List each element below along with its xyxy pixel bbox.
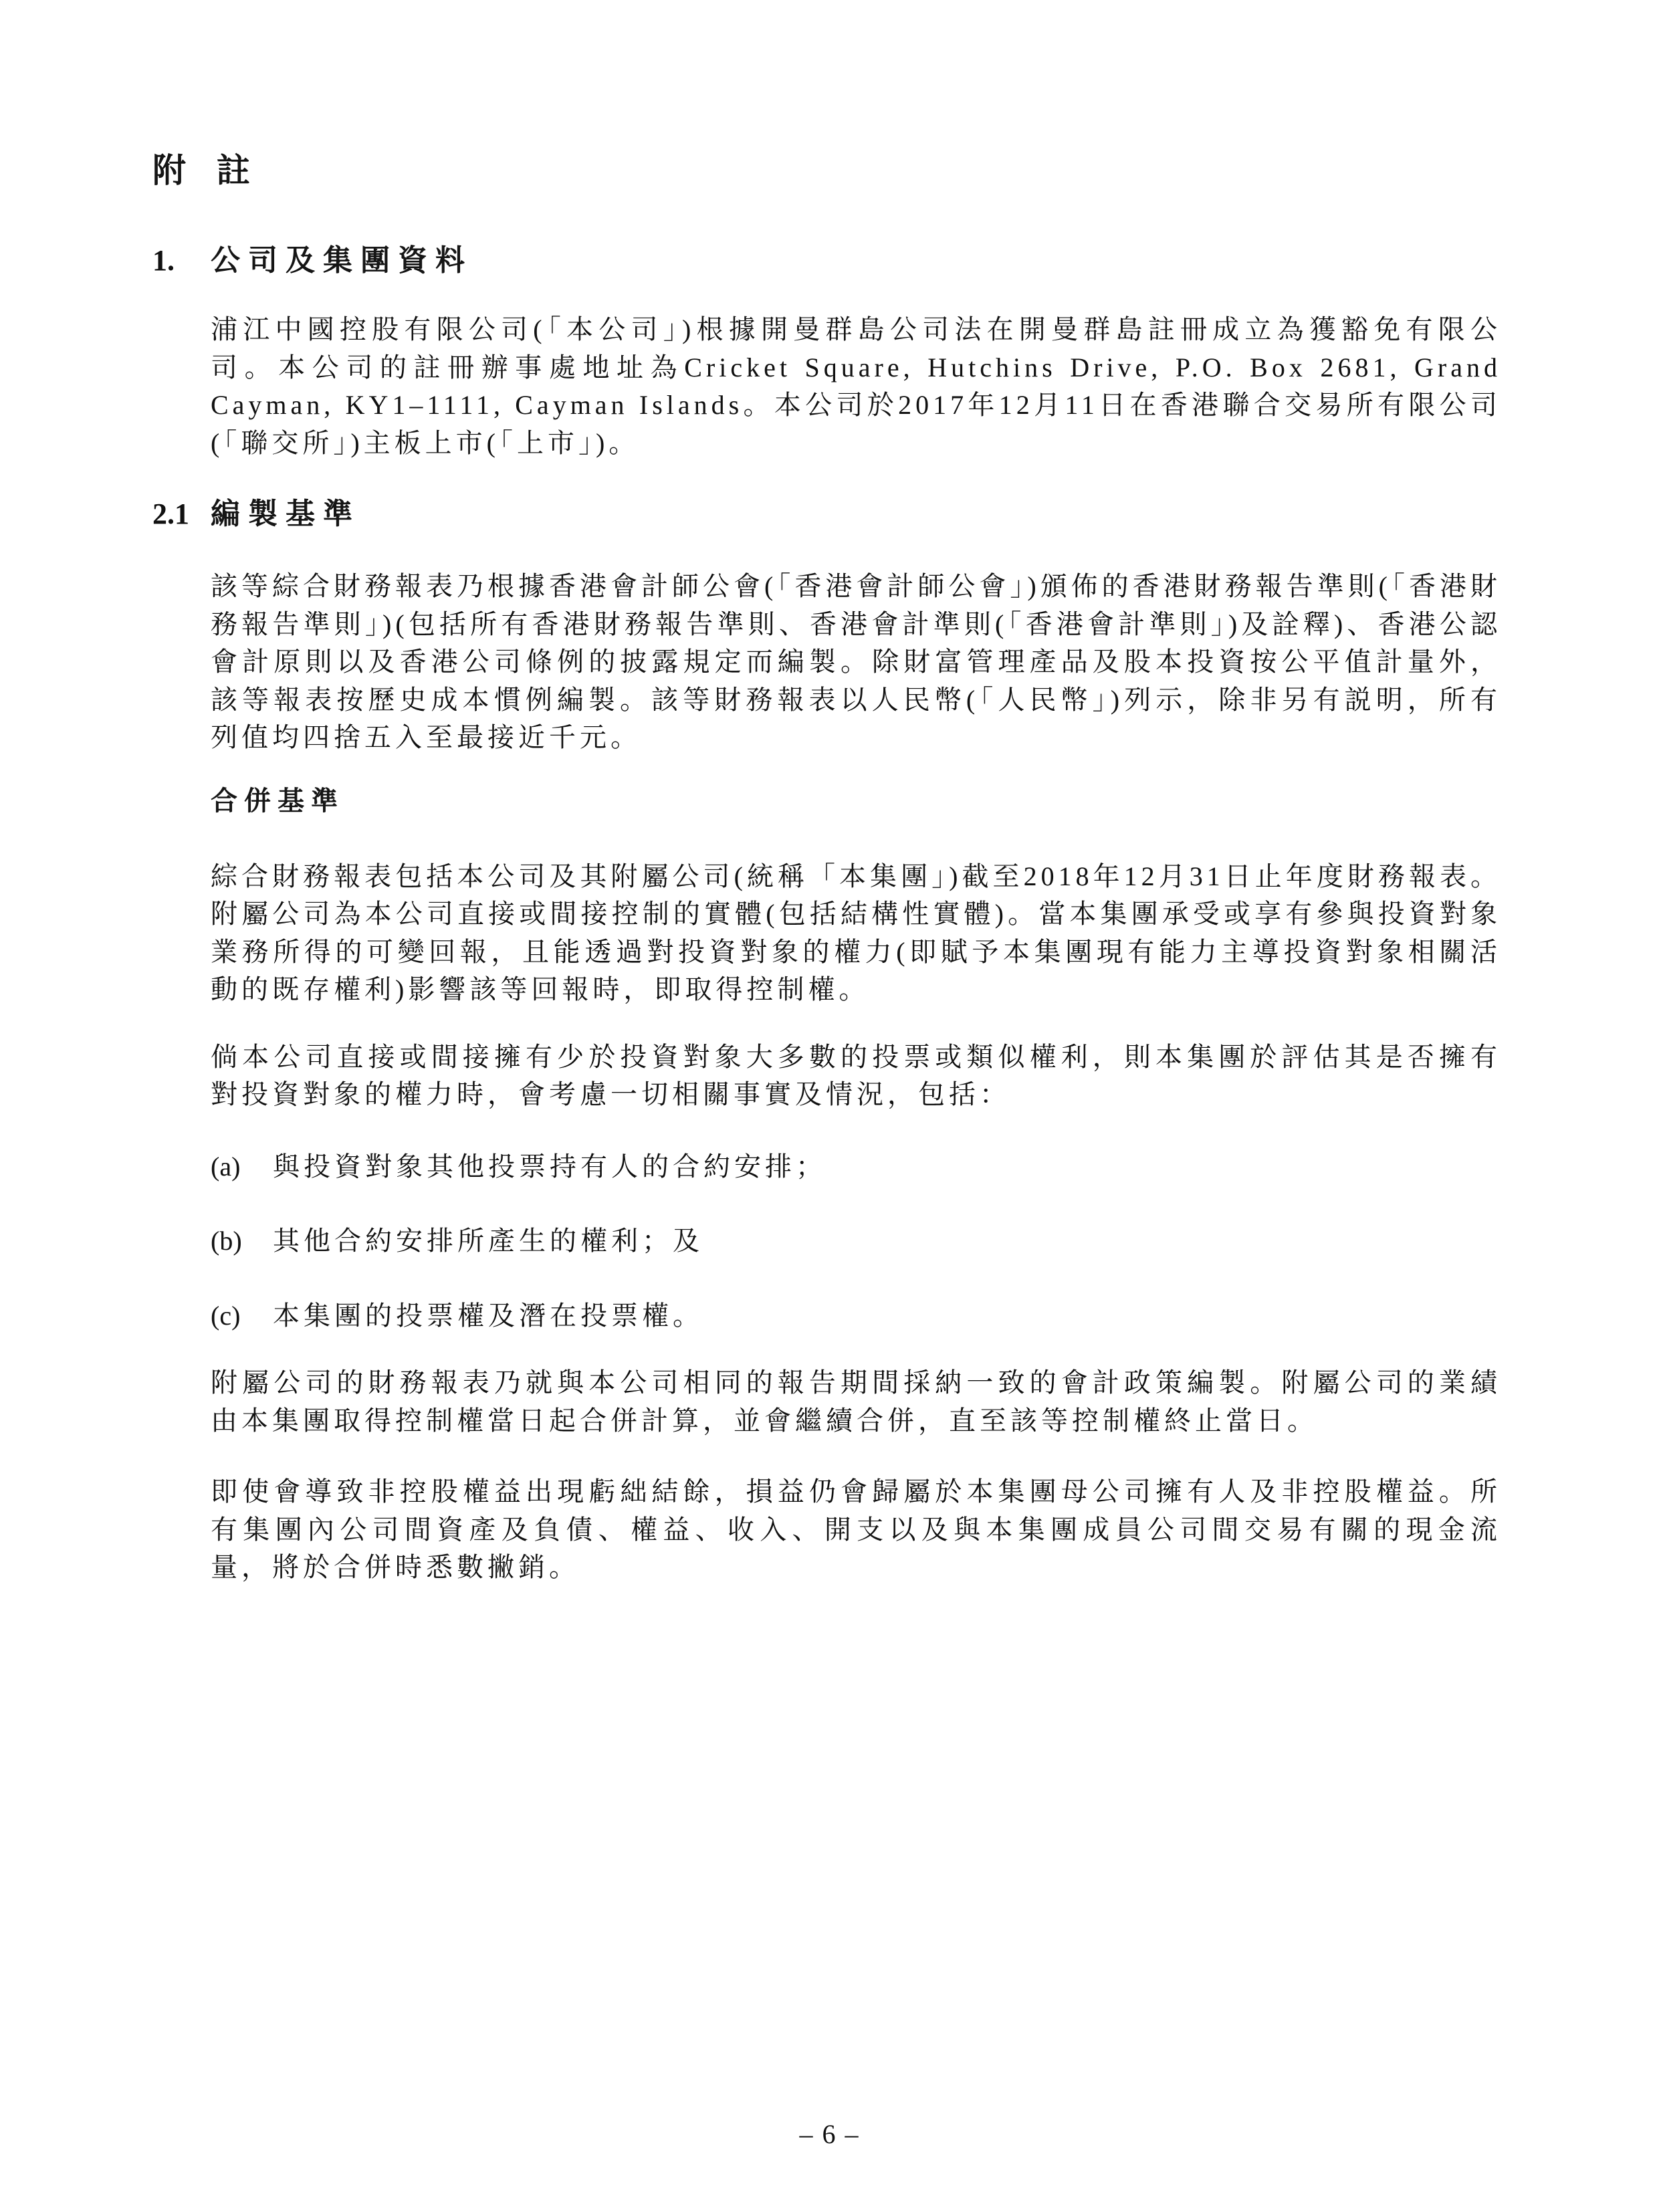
paragraph-basis-of-preparation: 該等綜合財務報表乃根據香港會計師公會(「香港會計師公會」)頒佈的香港財務報告準則… — [211, 568, 1501, 757]
list-item-b-label: (b) — [211, 1222, 273, 1260]
list-item-a: (a) 與投資對象其他投票持有人的合約安排； — [211, 1148, 1501, 1186]
subheading-basis-of-consolidation: 合併基準 — [211, 784, 1501, 818]
list-item-b-text: 其他合約安排所產生的權利；及 — [273, 1222, 703, 1260]
list-item-c: (c) 本集團的投票權及潛在投票權。 — [211, 1297, 1501, 1335]
page-title: 附 註 — [152, 150, 1501, 191]
paragraph-nci-elimination: 即使會導致非控股權益出現虧絀結餘，損益仍會歸屬於本集團母公司擁有人及非控股權益。… — [211, 1473, 1501, 1587]
document-page: 附 註 1. 公司及集團資料 浦江中國控股有限公司(「本公司」)根據開曼群島公司… — [0, 0, 1659, 2212]
section-1-heading-row: 1. 公司及集團資料 — [152, 243, 1501, 278]
list-item-c-text: 本集團的投票權及潛在投票權。 — [273, 1297, 703, 1335]
section-1-title: 公司及集團資料 — [211, 243, 473, 278]
list-item-b: (b) 其他合約安排所產生的權利；及 — [211, 1222, 1501, 1260]
section-1-number: 1. — [152, 243, 211, 278]
paragraph-company-info: 浦江中國控股有限公司(「本公司」)根據開曼群島公司法在開曼群島註冊成立為獲豁免有… — [211, 311, 1501, 462]
paragraph-subsidiary-policies: 附屬公司的財務報表乃就與本公司相同的報告期間採納一致的會計政策編製。附屬公司的業… — [211, 1364, 1501, 1440]
page-number: – 6 – — [0, 2118, 1659, 2150]
list-item-a-text: 與投資對象其他投票持有人的合約安排； — [273, 1148, 826, 1186]
list-item-c-label: (c) — [211, 1297, 273, 1335]
list-item-a-label: (a) — [211, 1148, 273, 1186]
paragraph-consolidation-assessment: 倘本公司直接或間接擁有少於投資對象大多數的投票或類似權利，則本集團於評估其是否擁… — [211, 1038, 1501, 1114]
paragraph-consolidation-scope: 綜合財務報表包括本公司及其附屬公司(統稱「本集團」)截至2018年12月31日止… — [211, 858, 1501, 1009]
document-content: 附 註 1. 公司及集團資料 浦江中國控股有限公司(「本公司」)根據開曼群島公司… — [152, 150, 1501, 1587]
section-2-1-heading-row: 2.1 編製基準 — [152, 496, 1501, 532]
section-2-1-number: 2.1 — [152, 496, 211, 532]
section-2-1-title: 編製基準 — [211, 496, 360, 532]
